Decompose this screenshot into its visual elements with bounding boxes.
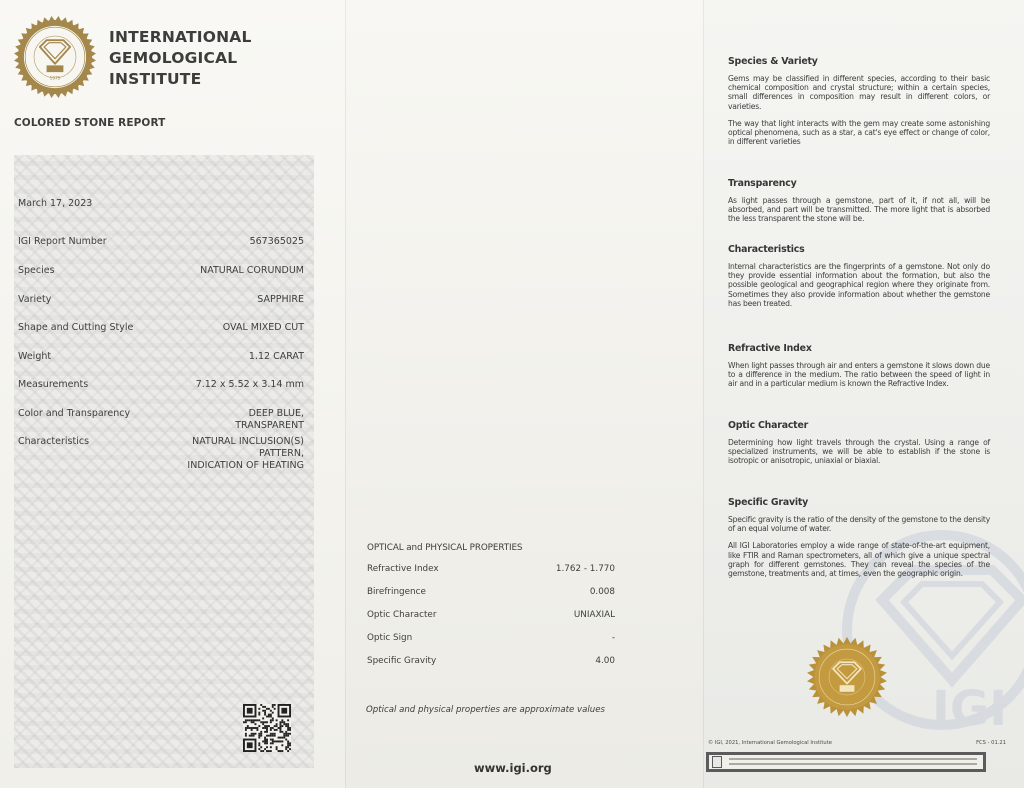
info-paragraph: As light passes through a gemstone, part… bbox=[728, 196, 990, 224]
detail-value: SAPPHIRE bbox=[257, 294, 304, 306]
info-paragraph: Determining how light travels through th… bbox=[728, 438, 990, 466]
report-date: March 17, 2023 bbox=[18, 198, 92, 209]
detail-value-line: OVAL MIXED CUT bbox=[223, 322, 304, 334]
security-notice-text bbox=[729, 758, 977, 768]
property-value: UNIAXIAL bbox=[574, 610, 615, 620]
org-name-line: INSTITUTE bbox=[109, 69, 252, 90]
org-name-line: INTERNATIONAL bbox=[109, 27, 252, 48]
detail-value: NATURAL INCLUSION(S)PATTERN,INDICATION O… bbox=[187, 436, 304, 472]
info-section: TransparencyAs light passes through a ge… bbox=[728, 178, 990, 232]
info-section: Optic CharacterDetermining how light tra… bbox=[728, 420, 990, 474]
properties-note: Optical and physical properties are appr… bbox=[366, 705, 605, 715]
property-value: 0.008 bbox=[590, 587, 615, 597]
detail-value-line: TRANSPARENT bbox=[235, 420, 304, 432]
document-code: FCS - 01.21 bbox=[976, 740, 1006, 746]
website-link[interactable]: www.igi.org bbox=[474, 761, 552, 775]
detail-value-line: 7.12 x 5.52 x 3.14 mm bbox=[196, 379, 304, 391]
detail-value: DEEP BLUE,TRANSPARENT bbox=[235, 408, 304, 432]
info-heading: Optic Character bbox=[728, 420, 990, 431]
info-paragraph: Gems may be classified in different spec… bbox=[728, 74, 990, 111]
detail-label: IGI Report Number bbox=[18, 236, 107, 247]
detail-value-line: SAPPHIRE bbox=[257, 294, 304, 306]
info-section: Species & VarietyGems may be classified … bbox=[728, 56, 990, 154]
report-type-title: COLORED STONE REPORT bbox=[14, 117, 165, 129]
detail-value: NATURAL CORUNDUM bbox=[200, 265, 304, 277]
igi-seal-logo-icon: 1975 bbox=[13, 15, 97, 99]
info-section: Refractive IndexWhen light passes throug… bbox=[728, 343, 990, 397]
detail-value: 7.12 x 5.52 x 3.14 mm bbox=[196, 379, 304, 391]
org-name-line: GEMOLOGICAL bbox=[109, 48, 252, 69]
info-paragraph: Internal characteristics are the fingerp… bbox=[728, 262, 990, 308]
property-label: Refractive Index bbox=[367, 564, 439, 574]
detail-value-line: PATTERN, bbox=[187, 448, 304, 460]
fold-line bbox=[345, 0, 346, 788]
svg-text:1975: 1975 bbox=[50, 76, 61, 81]
detail-label: Weight bbox=[18, 351, 51, 362]
svg-text:IGI: IGI bbox=[932, 681, 1007, 737]
fold-line bbox=[703, 0, 704, 788]
detail-value: OVAL MIXED CUT bbox=[223, 322, 304, 334]
middle-panel bbox=[345, 0, 703, 788]
properties-title: OPTICAL and PHYSICAL PROPERTIES bbox=[367, 543, 522, 553]
info-paragraph: Specific gravity is the ratio of the den… bbox=[728, 515, 990, 533]
security-features-notice bbox=[706, 752, 986, 772]
document-icon bbox=[712, 756, 722, 768]
detail-value-line: INDICATION OF HEATING bbox=[187, 460, 304, 472]
info-heading: Specific Gravity bbox=[728, 497, 990, 508]
info-paragraph: The way that light interacts with the ge… bbox=[728, 119, 990, 147]
detail-label: Measurements bbox=[18, 379, 88, 390]
property-value: 1.762 - 1.770 bbox=[556, 564, 615, 574]
detail-value: 1.12 CARAT bbox=[249, 351, 304, 363]
detail-label: Color and Transparency bbox=[18, 408, 130, 419]
property-label: Optic Sign bbox=[367, 633, 412, 643]
detail-label: Characteristics bbox=[18, 436, 89, 447]
detail-value-line: 1.12 CARAT bbox=[249, 351, 304, 363]
detail-label: Species bbox=[18, 265, 55, 276]
info-paragraph: All IGI Laboratories employ a wide range… bbox=[728, 541, 990, 578]
property-label: Optic Character bbox=[367, 610, 436, 620]
info-heading: Characteristics bbox=[728, 244, 990, 255]
detail-value-line: 567365025 bbox=[250, 236, 304, 248]
qr-code-icon[interactable] bbox=[243, 704, 291, 752]
report-document: 1975 INTERNATIONAL GEMOLOGICAL INSTITUTE… bbox=[0, 0, 1024, 788]
gold-seal-icon bbox=[806, 636, 888, 718]
property-label: Birefringence bbox=[367, 587, 426, 597]
detail-value-line: NATURAL INCLUSION(S) bbox=[187, 436, 304, 448]
detail-label: Variety bbox=[18, 294, 51, 305]
property-value: - bbox=[612, 633, 615, 643]
detail-value-line: DEEP BLUE, bbox=[235, 408, 304, 420]
organization-name: INTERNATIONAL GEMOLOGICAL INSTITUTE bbox=[109, 27, 252, 90]
info-section: Specific GravitySpecific gravity is the … bbox=[728, 497, 990, 586]
property-value: 4.00 bbox=[595, 656, 615, 666]
property-label: Specific Gravity bbox=[367, 656, 436, 666]
detail-value-line: NATURAL CORUNDUM bbox=[200, 265, 304, 277]
info-heading: Refractive Index bbox=[728, 343, 990, 354]
detail-label: Shape and Cutting Style bbox=[18, 322, 133, 333]
info-heading: Transparency bbox=[728, 178, 990, 189]
info-paragraph: When light passes through air and enters… bbox=[728, 361, 990, 389]
info-section: CharacteristicsInternal characteristics … bbox=[728, 244, 990, 316]
info-heading: Species & Variety bbox=[728, 56, 990, 67]
copyright-text: © IGI, 2021, International Gemological I… bbox=[708, 740, 832, 746]
detail-value: 567365025 bbox=[250, 236, 304, 248]
